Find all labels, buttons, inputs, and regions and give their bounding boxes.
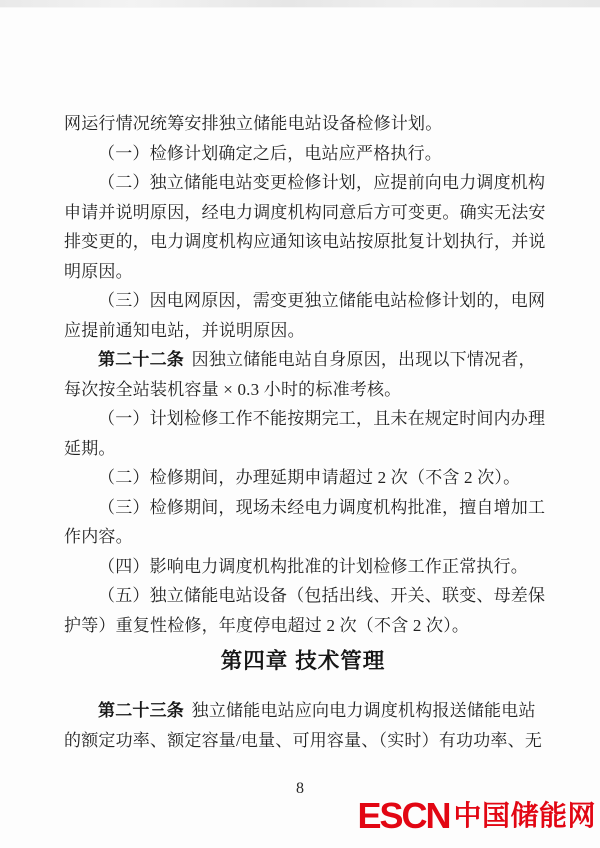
text-line: 申请并说明原因，经电力调度机构同意后方可变更。确实无法安: [64, 198, 542, 228]
page-number: 8: [0, 780, 600, 798]
text-line: 的额定功率、额定容量/电量、可用容量、（实时）有功功率、无: [64, 726, 542, 756]
scan-edge-top: [0, 0, 600, 8]
text-line: 每次按全站装机容量 × 0.3 小时的标准考核。: [64, 375, 542, 405]
article-number-bold: 第二十三条: [98, 701, 184, 720]
text-line: 护等）重复性检修，年度停电超过 2 次（不含 2 次）。: [64, 611, 542, 641]
text-line: （一）检修计划确定之后，电站应严格执行。: [64, 139, 542, 169]
article-number-bold: 第二十二条: [98, 350, 184, 369]
escn-logo: ESCN 中国储能网: [357, 798, 596, 834]
chapter-heading: 第四章 技术管理: [64, 646, 542, 676]
text-line: 排变更的，电力调度机构应通知该电站按原批复计划执行，并说: [64, 227, 542, 257]
text-line: 第二十二条因独立储能电站自身原因，出现以下情况者，: [64, 345, 542, 375]
text-line: （一）计划检修工作不能按期完工，且未在规定时间内办理: [64, 404, 542, 434]
text-line: 延期。: [64, 434, 542, 464]
text-line: （三）因电网原因，需变更独立储能电站检修计划的，电网: [64, 286, 542, 316]
text-line: （三）检修期间，现场未经电力调度机构批准，擅自增加工: [64, 493, 542, 523]
escn-logo-cjk: 中国储能网: [453, 802, 596, 830]
document-body: 网运行情况统筹安排独立储能电站设备检修计划。（一）检修计划确定之后，电站应严格执…: [64, 109, 542, 755]
text-line: （五）独立储能电站设备（包括出线、开关、联变、母差保: [64, 581, 542, 611]
text-line: 应提前通知电站，并说明原因。: [64, 316, 542, 346]
text-line: 第二十三条独立储能电站应向电力调度机构报送储能电站: [64, 696, 542, 726]
escn-logo-latin: ESCN: [357, 798, 449, 834]
text-line: （二）检修期间，办理延期申请超过 2 次（不含 2 次）。: [64, 463, 542, 493]
text-line: （二）独立储能电站变更检修计划，应提前向电力调度机构: [64, 168, 542, 198]
text-line: 明原因。: [64, 257, 542, 287]
text-line: 作内容。: [64, 522, 542, 552]
text-line: 网运行情况统筹安排独立储能电站设备检修计划。: [64, 109, 542, 139]
document-page: 网运行情况统筹安排独立储能电站设备检修计划。（一）检修计划确定之后，电站应严格执…: [0, 0, 600, 848]
text-line: （四）影响电力调度机构批准的计划检修工作正常执行。: [64, 552, 542, 582]
